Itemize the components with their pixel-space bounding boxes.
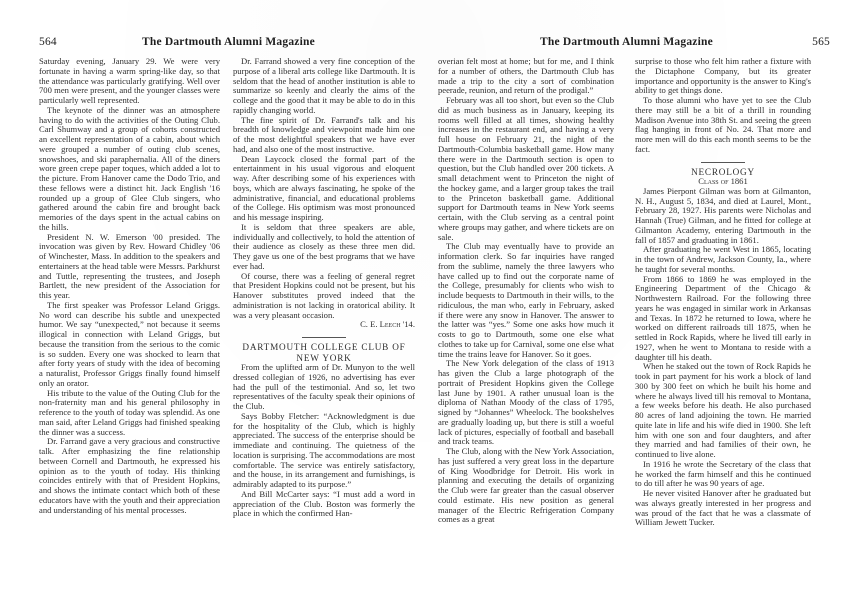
- paragraph: Saturday evening, January 29. We were ve…: [39, 57, 220, 106]
- section-divider: [701, 162, 745, 163]
- page-number: 564: [39, 36, 57, 48]
- paragraph: From the uplifted arm of Dr. Munyon to t…: [233, 363, 415, 412]
- paragraph: Dr. Farrand gave a very gracious and con…: [39, 437, 220, 515]
- magazine-title: The Dartmouth Alumni Magazine: [540, 36, 713, 48]
- paragraph: To those alumni who have yet to see the …: [635, 96, 811, 155]
- right-page-565: The Dartmouth Alumni Magazine 565 overia…: [426, 0, 852, 600]
- paragraph: From 1866 to 1869 he was employed in the…: [635, 275, 811, 363]
- page-number: 565: [812, 36, 830, 48]
- author-signature: C. E. Leech '14.: [233, 320, 415, 330]
- magazine-title: The Dartmouth Alumni Magazine: [142, 36, 315, 48]
- left-page-564: 564 The Dartmouth Alumni Magazine Saturd…: [0, 0, 426, 600]
- paragraph: James Pierpont Gilman was born at Gilman…: [635, 187, 811, 246]
- paragraph: He never visited Hanover after he gradua…: [635, 489, 811, 528]
- running-head-left: 564 The Dartmouth Alumni Magazine: [39, 36, 424, 50]
- paragraph: After graduating he went West in 1865, l…: [635, 245, 811, 274]
- paragraph: Says Bobby Fletcher: “Acknowledgment is …: [233, 412, 415, 490]
- paragraph: The first speaker was Professor Leland G…: [39, 301, 220, 389]
- paragraph: When he staked out the town of Rock Rapi…: [635, 362, 811, 460]
- paragraph: The keynote of the dinner was an atmosph…: [39, 106, 220, 233]
- paragraph: The Club may eventually have to provide …: [438, 242, 614, 359]
- paragraph: overian felt most at home; but for me, a…: [438, 57, 614, 96]
- paragraph: The New York delegation of the class of …: [438, 359, 614, 447]
- section-divider: [302, 337, 346, 338]
- column-1: Saturday evening, January 29. We were ve…: [39, 57, 220, 515]
- paragraph: It is seldom that three speakers are abl…: [233, 223, 415, 272]
- section-heading-nyc-club: DARTMOUTH COLLEGE CLUB OF NEW YORK: [233, 342, 415, 363]
- paragraph: surprise to those who felt him rather a …: [635, 57, 811, 96]
- paragraph: And Bill McCarter says: “I must add a wo…: [233, 490, 415, 519]
- paragraph: In 1916 he wrote the Secretary of the cl…: [635, 460, 811, 489]
- paragraph: Dr. Farrand showed a very fine conceptio…: [233, 57, 415, 116]
- paragraph: The fine spirit of Dr. Farrand's talk an…: [233, 116, 415, 155]
- paragraph: Dean Laycock closed the formal part of t…: [233, 155, 415, 223]
- paragraph: The Club, along with the New York Associ…: [438, 447, 614, 525]
- paragraph: February was all too short, but even so …: [438, 96, 614, 242]
- column-2: Dr. Farrand showed a very fine conceptio…: [233, 57, 415, 519]
- paragraph: His tribute to the value of the Outing C…: [39, 389, 220, 438]
- column-4: surprise to those who felt him rather a …: [635, 57, 811, 528]
- paragraph: President N. W. Emerson '00 presided. Th…: [39, 233, 220, 301]
- column-3: overian felt most at home; but for me, a…: [438, 57, 614, 525]
- paragraph: Of course, there was a feeling of genera…: [233, 272, 415, 321]
- running-head-right: The Dartmouth Alumni Magazine 565: [438, 36, 830, 50]
